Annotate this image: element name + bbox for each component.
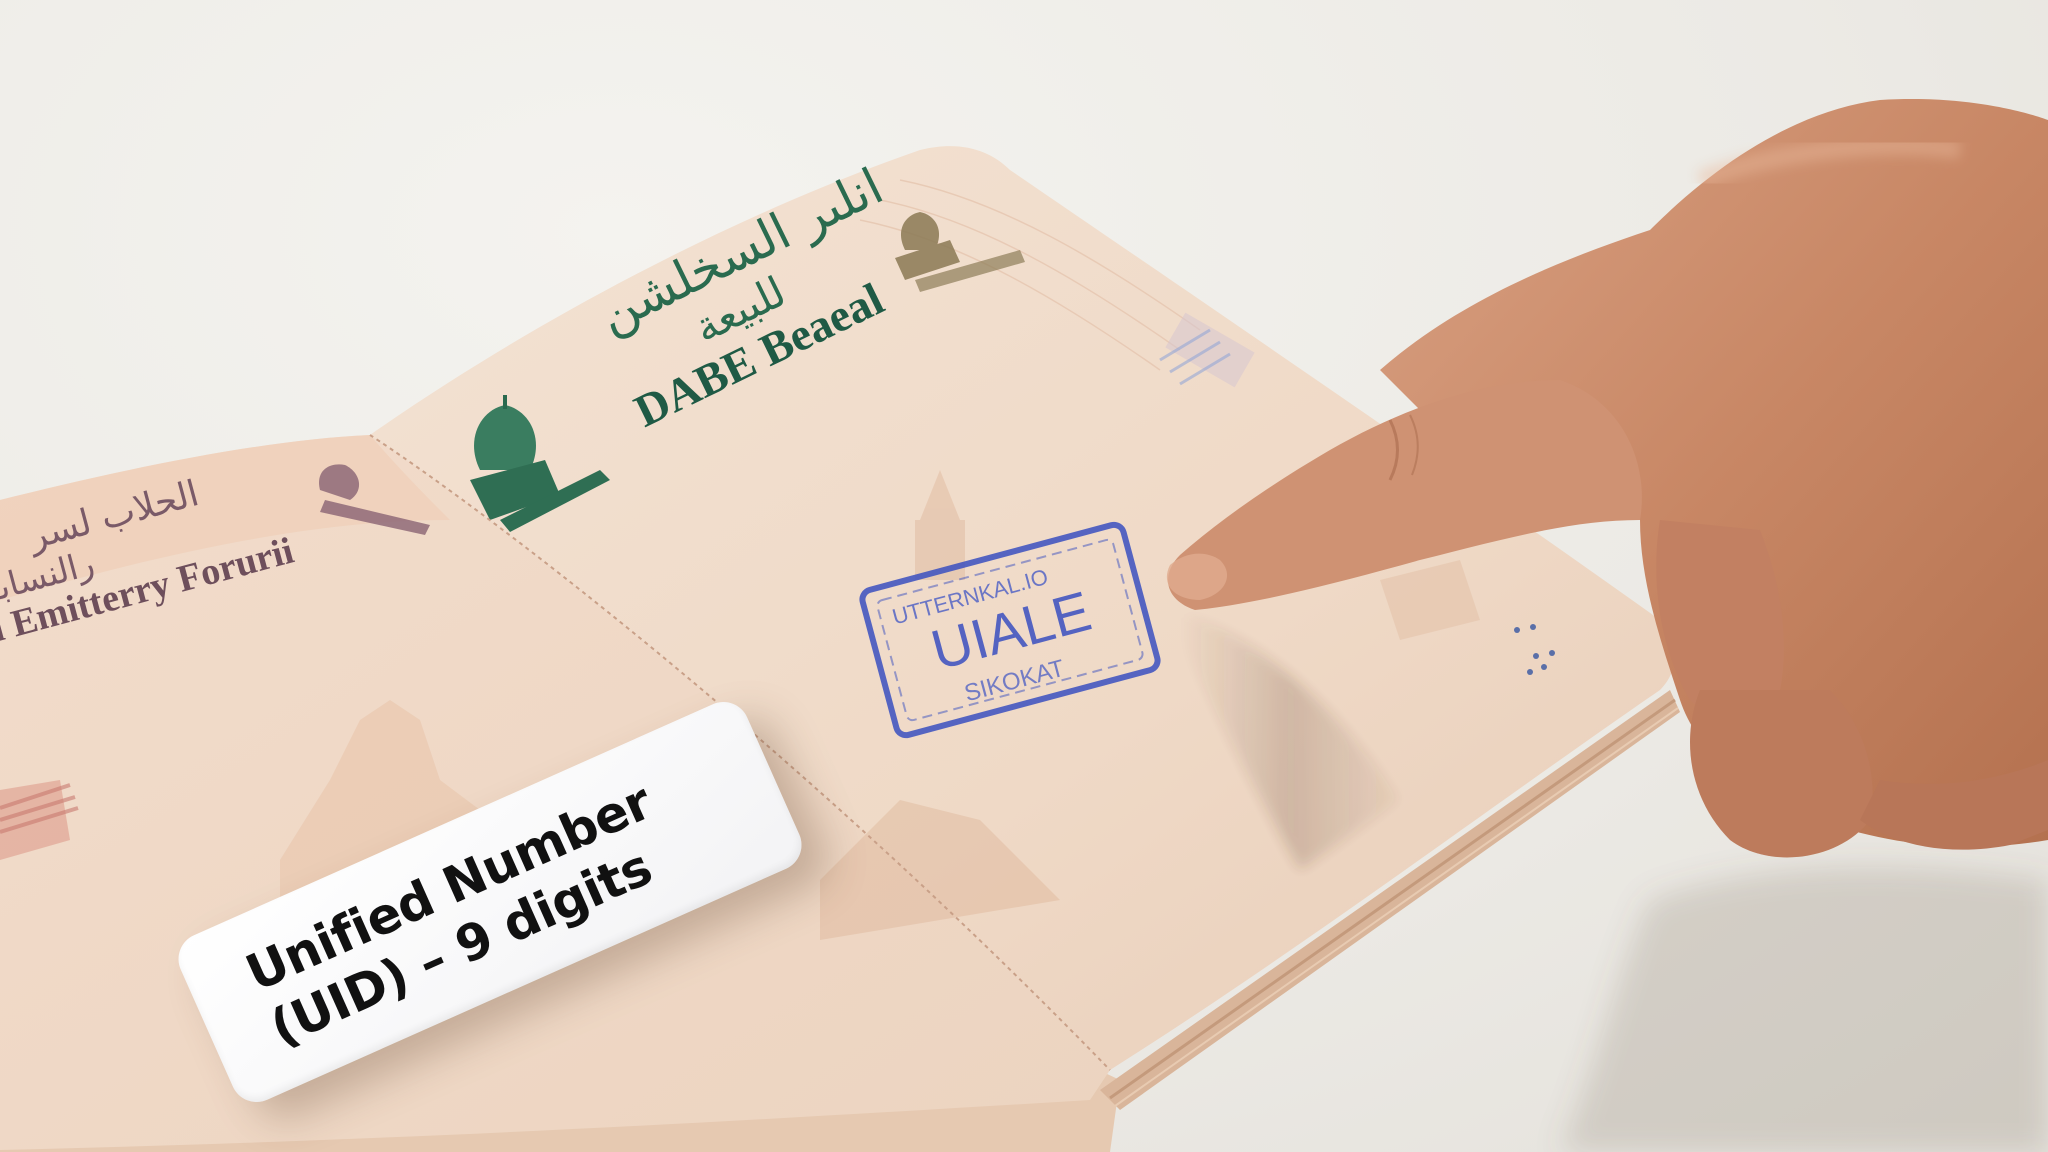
photo-scene: انلىر السخلشن للبيعة DABE Beaeal الحلاب … [0,0,2048,1152]
hand-shadow [1560,867,2048,1152]
